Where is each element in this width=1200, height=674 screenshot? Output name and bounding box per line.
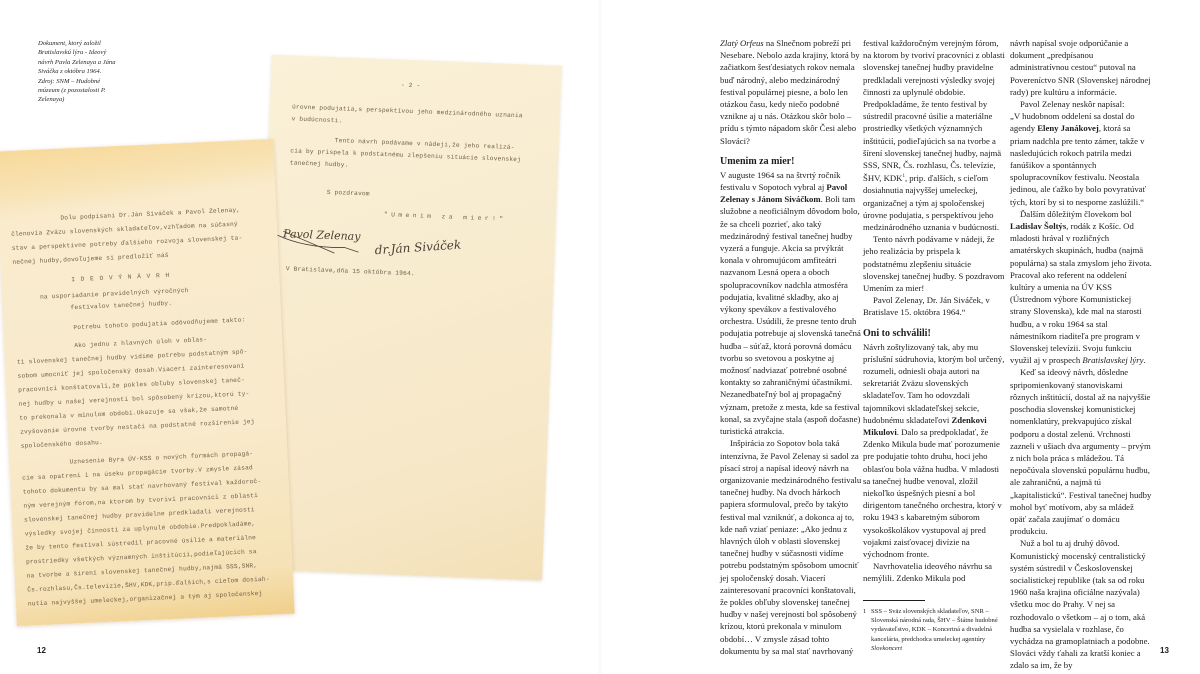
doc-page-marker: - 2 - <box>401 82 421 90</box>
signature-flourish-icon <box>274 223 365 256</box>
paragraph: „V hudobnom oddelení sa dostal do agendy… <box>1010 110 1152 208</box>
article-column-2: festival každoročným verejným fórom, na … <box>863 37 1005 653</box>
footnote-divider <box>863 600 925 601</box>
doc-line: stav a perspektívne potreby ďalšieho roz… <box>12 234 243 251</box>
paragraph: Ďalším dôležitým človekom bol Ladislav Š… <box>1010 208 1152 367</box>
doc-greeting: S pozdravom <box>327 189 370 198</box>
typewritten-document-page-1: Dolu podpísaní Dr.Ján Siváček a Pavol Ze… <box>0 139 295 626</box>
signature-sivacek: dr.Ján Siváček <box>374 238 461 258</box>
paragraph: Keď sa ideový návrh, dôsledne spripomien… <box>1010 366 1152 537</box>
article-column-1: Zlatý Orfeus na Slnečnom pobreží pri Nes… <box>720 37 862 657</box>
doc-line: Ako jednu z hlavných úloh v oblas- <box>74 336 207 349</box>
left-page: Dokument, ktorý založil Bratislavskú lýr… <box>0 0 600 674</box>
doc-line: zvyšovanie úrovne tvorby nestačí na pods… <box>20 418 255 436</box>
footnote-number: 1 <box>863 607 871 653</box>
paragraph: Pavol Zelenay neskôr napísal: <box>1010 98 1152 110</box>
doc-line: nečnej hudby,dovoľujeme si predložiť náš <box>12 252 169 266</box>
doc-subtitle: na usporiadanie pravidelných výročných <box>40 287 189 301</box>
doc-line: spoločenského dosahu. <box>21 439 103 450</box>
subheading-umenim-za-mier: Umenim za mier! <box>720 156 862 168</box>
doc-line: Potrebu tohoto podujatia odôvodňujeme ta… <box>73 316 245 331</box>
doc-line: to prekonala v minulom období.Ukazuje sa… <box>19 405 238 422</box>
doc-subtitle: festivalov tanečnej hudby. <box>70 300 172 312</box>
doc-title: I D E O V Ý N Á V R H <box>71 272 170 283</box>
page-number-left: 12 <box>37 646 46 655</box>
doc-line: Tento návrh podávame v nádeji,že jeho re… <box>335 137 515 151</box>
doc-line: v budúcnosti. <box>291 115 342 124</box>
doc-slogan: "Umenim za mier!" <box>384 211 507 223</box>
footnote: 1 SSS – Sväz slovenských skladateľov, SN… <box>863 607 1005 653</box>
paragraph: festival každoročným verejným fórom, na … <box>863 37 1005 233</box>
paragraph: Pavol Zelenay, Dr. Ján Siváček, v Bratis… <box>863 294 1005 318</box>
photo-caption: Dokument, ktorý založil Bratislavskú lýr… <box>38 39 116 105</box>
paragraph: Tento návrh podávame v nádeji, že jeho r… <box>863 233 1005 294</box>
paragraph: Navrhovatelia ideového návrhu sa nemýlil… <box>863 560 1005 584</box>
magazine-spread: Dokument, ktorý založil Bratislavskú lýr… <box>0 0 1200 674</box>
doc-line: tanečnej hudby. <box>290 159 349 168</box>
subheading-oni-to-schvalili: Oni to schválili! <box>863 328 1005 340</box>
paragraph: V auguste 1964 sa na štvrtý ročník festi… <box>720 169 862 437</box>
doc-line: Dolu podpísaní Dr.Ján Siváček a Pavol Ze… <box>60 207 240 222</box>
paragraph: Inšpirácia zo Sopotov bola taká intenzív… <box>720 437 862 657</box>
paragraph: Návrh zoštylizovaný tak, aby mu príslušn… <box>863 341 1005 561</box>
page-number-right: 13 <box>1160 646 1169 655</box>
paragraph: Zlatý Orfeus na Slnečnom pobreží pri Nes… <box>720 37 862 147</box>
typewritten-document-page-2: - 2 - úrovne podujatia,s perspektívou je… <box>252 55 562 581</box>
doc-line: nutia najvyššej umeleckej,organizačnej a… <box>28 590 263 608</box>
doc-line: Uznesenie Byra ÚV-KSS o nových formách p… <box>69 450 253 465</box>
article-column-3: návrh napísal svoje odporúčanie a dokume… <box>1010 37 1152 672</box>
paragraph: návrh napísal svoje odporúčanie a dokume… <box>1010 37 1152 98</box>
doc-place-date: V Bratislave,dňa 15 októbra 1964. <box>286 265 415 277</box>
paragraph: Nuž a bol tu aj druhý dôvod. Komunistick… <box>1010 537 1152 671</box>
